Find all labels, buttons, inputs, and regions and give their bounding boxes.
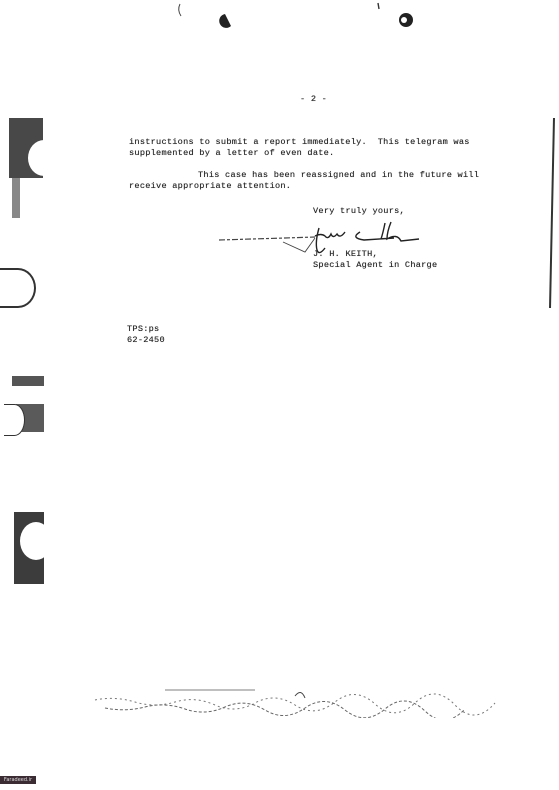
signer-title: Special Agent in Charge [313,260,437,271]
body-line: This case has been reassigned and in the… [198,170,479,181]
body-line: supplemented by a letter of even date. [129,148,334,159]
site-watermark: Faradeed.ir [0,776,36,784]
reference-initials: TPS:ps [127,324,159,335]
signer-name: J. H. KEITH, [313,249,378,260]
bottom-scan-noise [65,686,545,718]
page-number: - 2 - [300,94,327,105]
punch-hole-marks-top [170,0,430,40]
body-line: instructions to submit a report immediat… [129,137,470,148]
closing: Very truly yours, [313,206,405,217]
right-page-edge-line [549,118,555,308]
scanned-letter-page: - 2 - instructions to submit a report im… [0,0,559,790]
body-line: receive appropriate attention. [129,181,291,192]
file-number: 62-2450 [127,335,165,346]
